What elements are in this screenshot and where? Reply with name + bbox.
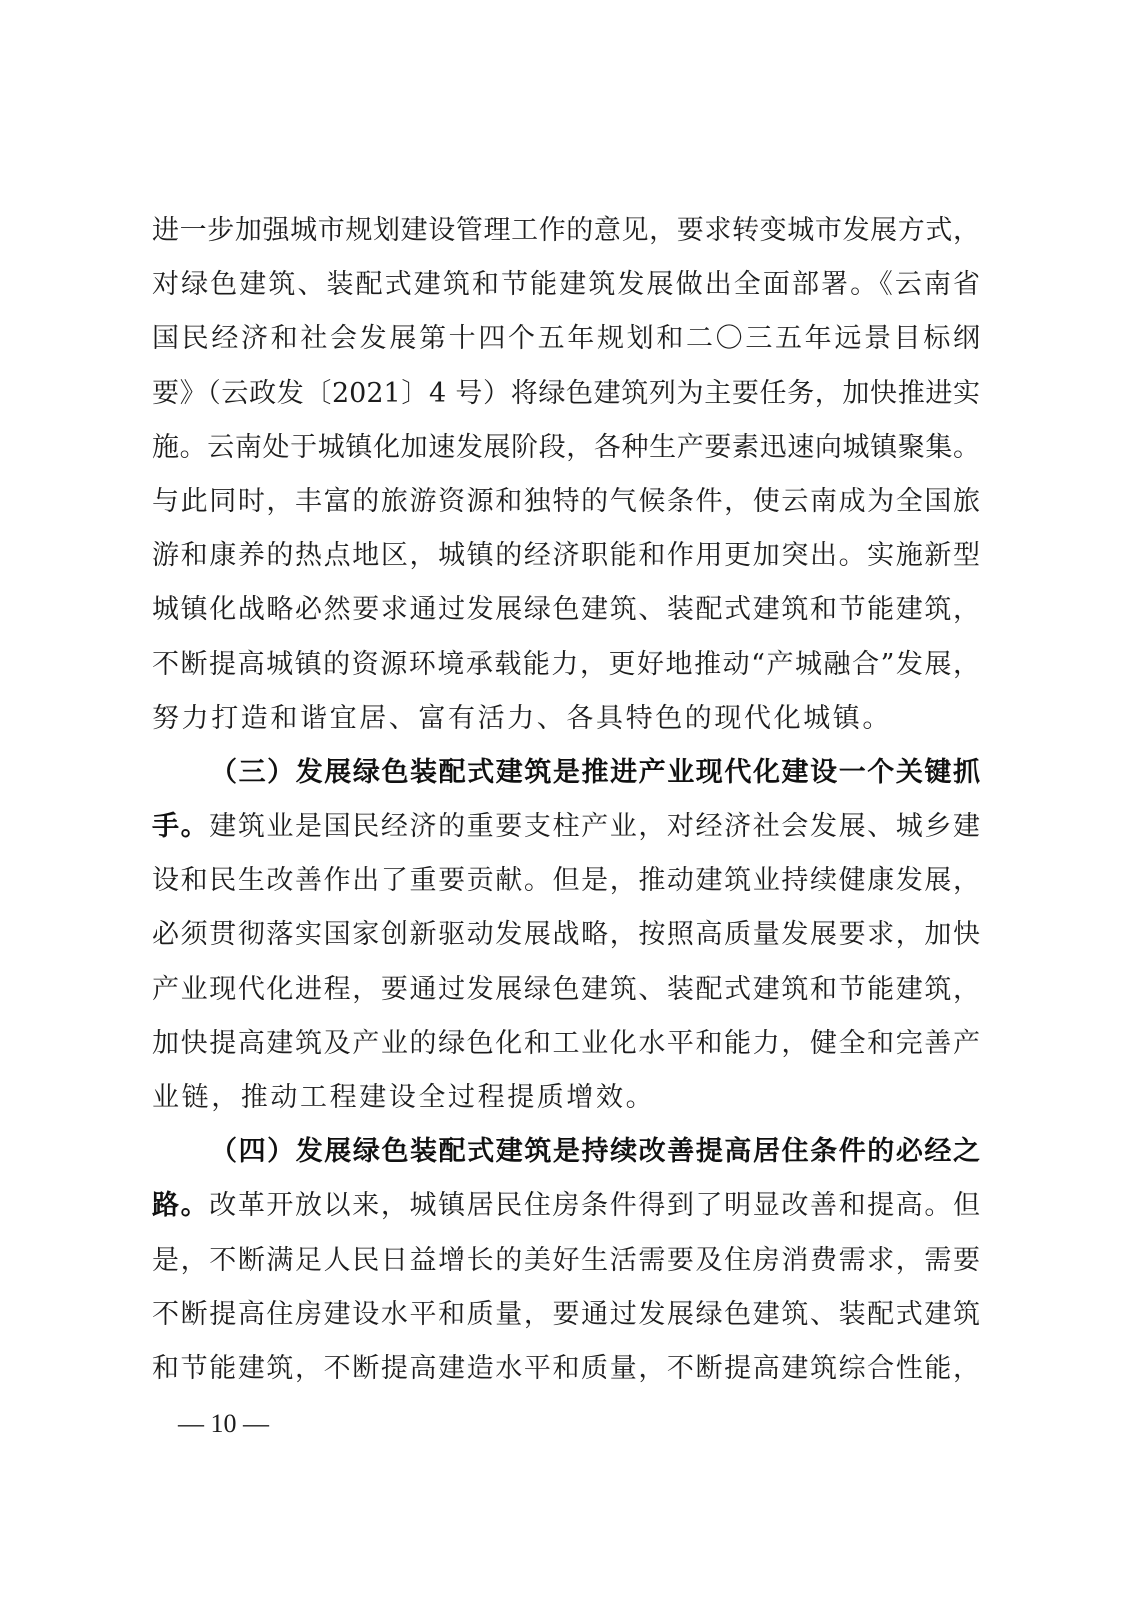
text-span: 建筑业是国民经济的重要支柱产业，对经济社会发展、城乡建 [209, 811, 980, 842]
text-line: 努力打造和谐宜居、富有活力、各具特色的现代化城镇。 [152, 692, 980, 746]
text-line: 产业现代化进程，要通过发展绿色建筑、装配式建筑和节能建筑， [152, 963, 980, 1017]
document-body: 进一步加强城市规划建设管理工作的意见，要求转变城市发展方式， 对绿色建筑、装配式… [152, 204, 980, 1396]
section-heading-3: （三）发展绿色装配式建筑是推进产业现代化建设一个关键抓 [152, 746, 980, 800]
text-line: 与此同时，丰富的旅游资源和独特的气候条件，使云南成为全国旅 [152, 475, 980, 529]
text-line: 是，不断满足人民日益增长的美好生活需要及住房消费需求，需要 [152, 1234, 980, 1288]
page-number: — 10 — [178, 1404, 269, 1444]
text-line: 要》（云政发〔2021〕4 号）将绿色建筑列为主要任务，加快推进实 [152, 367, 980, 421]
text-line: 路。改革开放以来，城镇居民住房条件得到了明显改善和提高。但 [152, 1179, 980, 1233]
text-line: 手。建筑业是国民经济的重要支柱产业，对经济社会发展、城乡建 [152, 800, 980, 854]
section-heading-3-end: 手。 [152, 811, 209, 842]
text-line: 不断提高城镇的资源环境承载能力，更好地推动“产城融合”发展， [152, 638, 980, 692]
text-line: 设和民生改善作出了重要贡献。但是，推动建筑业持续健康发展， [152, 854, 980, 908]
text-line: 业链，推动工程建设全过程提质增效。 [152, 1071, 980, 1125]
text-line: 施。云南处于城镇化加速发展阶段，各种生产要素迅速向城镇聚集。 [152, 421, 980, 475]
text-line: 和节能建筑，不断提高建造水平和质量，不断提高建筑综合性能， [152, 1342, 980, 1396]
text-span: 改革开放以来，城镇居民住房条件得到了明显改善和提高。但 [209, 1190, 980, 1221]
text-line: 进一步加强城市规划建设管理工作的意见，要求转变城市发展方式， [152, 204, 980, 258]
text-line: 国民经济和社会发展第十四个五年规划和二〇三五年远景目标纲 [152, 312, 980, 366]
section-heading-4-end: 路。 [152, 1190, 209, 1221]
text-line: 不断提高住房建设水平和质量，要通过发展绿色建筑、装配式建筑 [152, 1288, 980, 1342]
text-line: 城镇化战略必然要求通过发展绿色建筑、装配式建筑和节能建筑， [152, 583, 980, 637]
text-line: 加快提高建筑及产业的绿色化和工业化水平和能力，健全和完善产 [152, 1017, 980, 1071]
text-line: 必须贯彻落实国家创新驱动发展战略，按照高质量发展要求，加快 [152, 908, 980, 962]
text-line: 对绿色建筑、装配式建筑和节能建筑发展做出全面部署。《云南省 [152, 258, 980, 312]
section-heading-4: （四）发展绿色装配式建筑是持续改善提高居住条件的必经之 [152, 1125, 980, 1179]
text-line: 游和康养的热点地区，城镇的经济职能和作用更加突出。实施新型 [152, 529, 980, 583]
document-page: 进一步加强城市规划建设管理工作的意见，要求转变城市发展方式， 对绿色建筑、装配式… [0, 0, 1131, 1600]
